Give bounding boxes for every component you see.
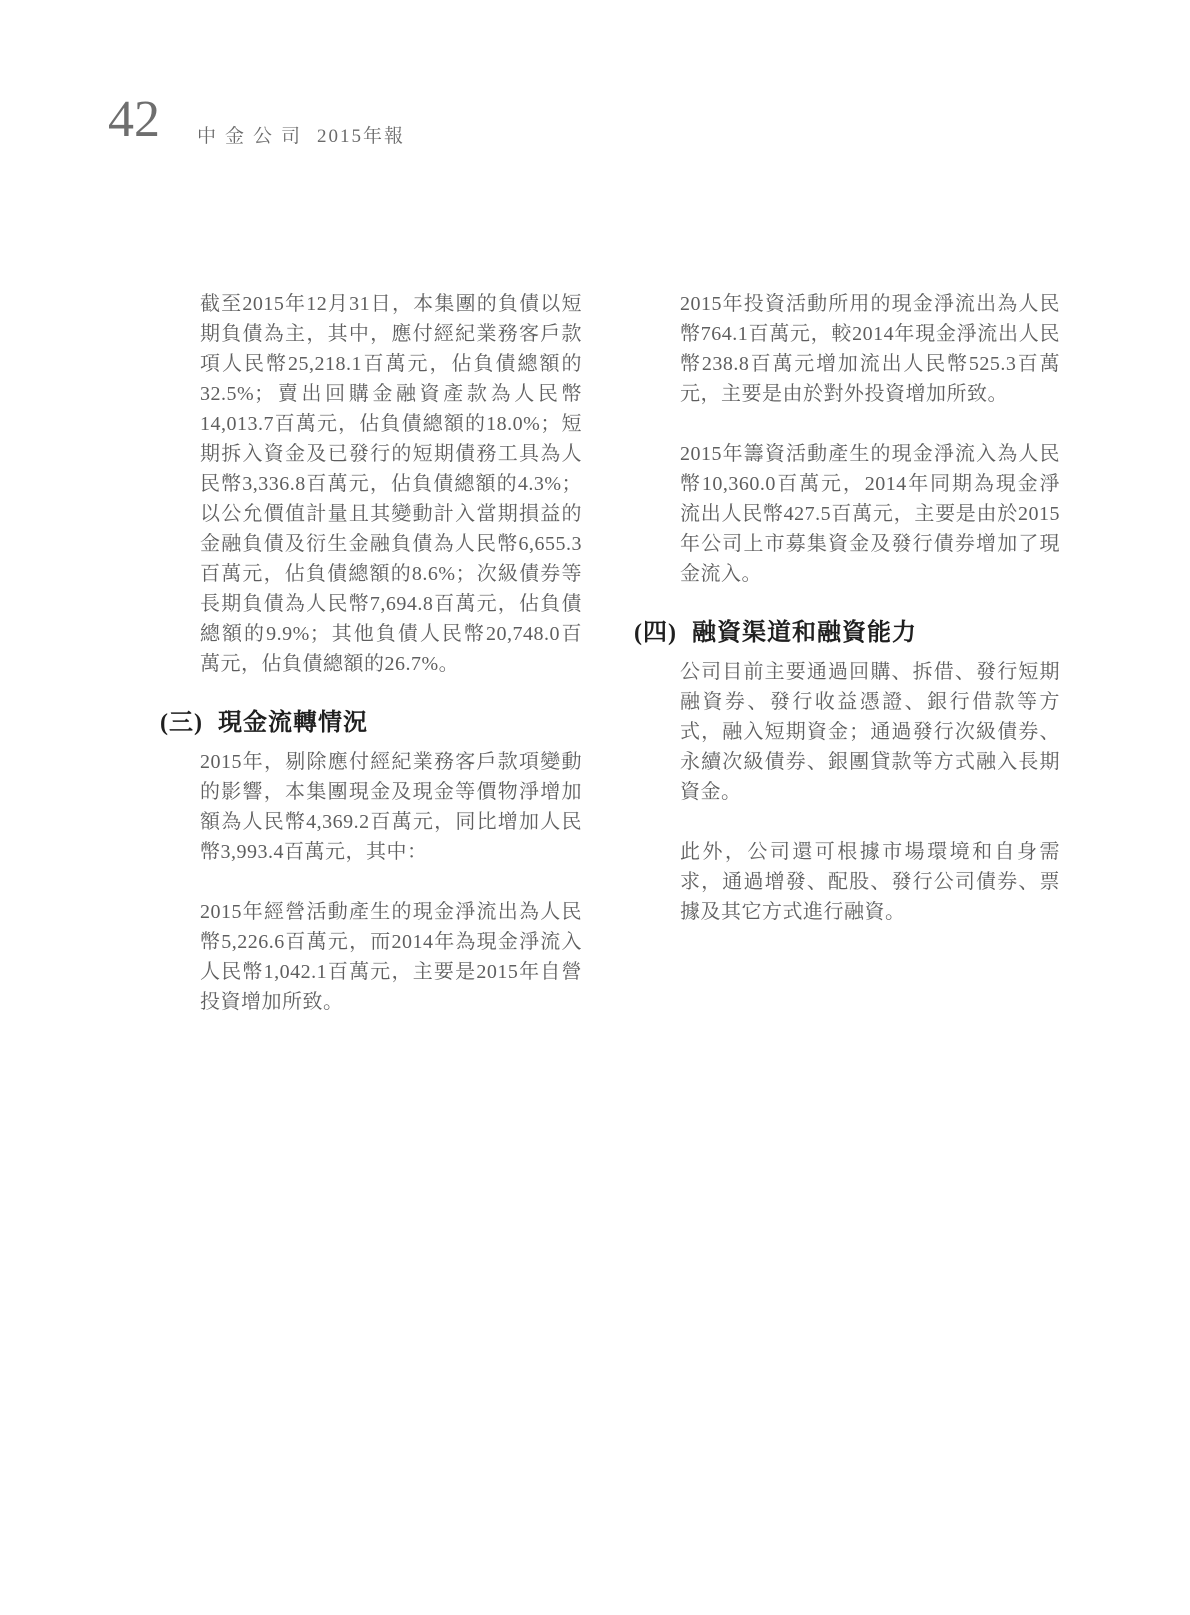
- report-year: 2015年報: [317, 126, 405, 147]
- section-4-heading: (四) 融資渠道和融資能力: [634, 617, 1060, 649]
- paragraph-other-financing: 此外，公司還可根據市場環境和自身需求，通過增發、配股、發行公司債券、票據及其它方…: [680, 837, 1060, 927]
- section-3-heading: (三) 現金流轉情況: [160, 707, 582, 739]
- report-header: 中金公司2015年報: [197, 121, 405, 148]
- paragraph-operating-cashflow: 2015年經營活動產生的現金淨流出為人民幣5,226.6百萬元，而2014年為現…: [200, 897, 582, 1017]
- page-number: 42: [108, 94, 160, 146]
- paragraph-financing-cashflow: 2015年籌資活動產生的現金淨流入為人民幣10,360.0百萬元，2014年同期…: [680, 439, 1060, 589]
- right-column: 2015年投資活動所用的現金淨流出為人民幣764.1百萬元，較2014年現金淨流…: [634, 289, 1060, 927]
- paragraph-liabilities: 截至2015年12月31日，本集團的負債以短期負債為主，其中，應付經紀業務客戶款…: [200, 289, 582, 679]
- report-page: 42 中金公司2015年報 截至2015年12月31日，本集團的負債以短期負債為…: [0, 0, 1190, 1615]
- paragraph-investing-cashflow: 2015年投資活動所用的現金淨流出為人民幣764.1百萬元，較2014年現金淨流…: [680, 289, 1060, 409]
- left-column: 截至2015年12月31日，本集團的負債以短期負債為主，其中，應付經紀業務客戶款…: [160, 289, 582, 1017]
- section-4-title: 融資渠道和融資能力: [692, 617, 917, 649]
- section-3-marker: (三): [160, 707, 203, 739]
- paragraph-financing-channels: 公司目前主要通過回購、拆借、發行短期融資券、發行收益憑證、銀行借款等方式，融入短…: [680, 657, 1060, 807]
- section-3-title: 現金流轉情況: [218, 707, 368, 739]
- company-name: 中金公司: [197, 126, 309, 147]
- paragraph-cashflow-intro: 2015年，剔除應付經紀業務客戶款項變動的影響，本集團現金及現金等價物淨增加額為…: [200, 747, 582, 867]
- section-4-marker: (四): [634, 617, 677, 649]
